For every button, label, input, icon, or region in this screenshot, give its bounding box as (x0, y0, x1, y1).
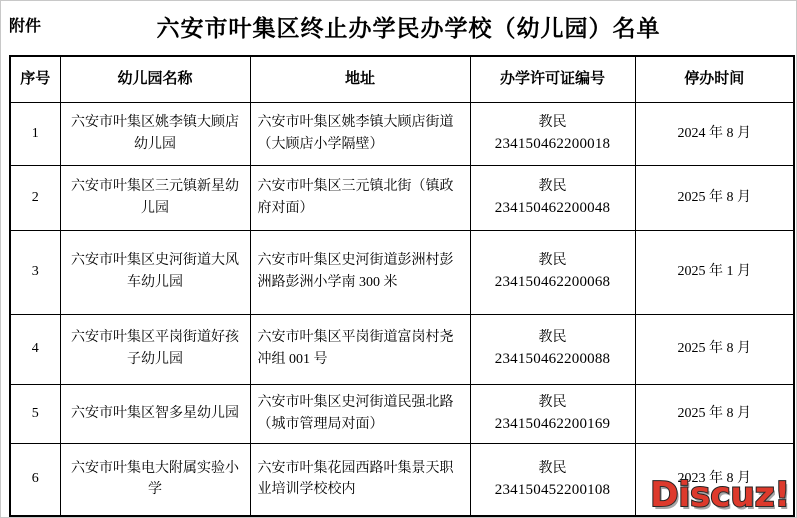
cell-address: 六安市叶集区史河街道彭洲村彭洲路彭洲小学南 300 米 (250, 230, 470, 314)
license-prefix: 教民 (477, 112, 629, 133)
cell-address: 六安市叶集区姚李镇大顾店街道（大顾店小学隔壁） (250, 102, 470, 165)
cell-closure: 2025 年 8 月 (635, 384, 794, 443)
cell-license: 教民234150452200108 (470, 443, 635, 516)
cell-index: 5 (10, 384, 60, 443)
cell-index: 1 (10, 102, 60, 165)
cell-license: 教民234150462200068 (470, 230, 635, 314)
license-number: 234150452200108 (477, 479, 629, 502)
cell-license: 教民234150462200018 (470, 102, 635, 165)
cell-address: 六安市叶集区史河街道民强北路（城市管理局对面） (250, 384, 470, 443)
license-prefix: 教民 (477, 176, 629, 197)
license-prefix: 教民 (477, 250, 629, 271)
table-row: 5六安市叶集区智多星幼儿园六安市叶集区史河街道民强北路（城市管理局对面）教民23… (10, 384, 794, 443)
column-header: 地址 (250, 56, 470, 102)
cell-closure: 2025 年 8 月 (635, 165, 794, 230)
cell-address: 六安市叶集区三元镇北街（镇政府对面） (250, 165, 470, 230)
cell-name: 六安市叶集区姚李镇大顾店幼儿园 (60, 102, 250, 165)
license-prefix: 教民 (477, 458, 629, 479)
page-title: 六安市叶集区终止办学民办学校（幼儿园）名单 (61, 10, 756, 43)
cell-closure: 2023 年 8 月 (635, 443, 794, 516)
cell-address: 六安市叶集区平岗街道富岗村尧冲组 001 号 (250, 314, 470, 384)
table-row: 2六安市叶集区三元镇新星幼儿园六安市叶集区三元镇北街（镇政府对面）教民23415… (10, 165, 794, 230)
license-number: 234150462200088 (477, 348, 629, 371)
column-header: 停办时间 (635, 56, 794, 102)
license-prefix: 教民 (477, 327, 629, 348)
table-row: 4六安市叶集区平岗街道好孩子幼儿园六安市叶集区平岗街道富岗村尧冲组 001 号教… (10, 314, 794, 384)
cell-index: 3 (10, 230, 60, 314)
column-header: 办学许可证编号 (470, 56, 635, 102)
cell-name: 六安市叶集区史河街道大风车幼儿园 (60, 230, 250, 314)
column-header: 序号 (10, 56, 60, 102)
cell-name: 六安市叶集区智多星幼儿园 (60, 384, 250, 443)
cell-name: 六安市叶集区三元镇新星幼儿园 (60, 165, 250, 230)
column-header: 幼儿园名称 (60, 56, 250, 102)
attachment-label: 附件 (9, 13, 41, 36)
cell-closure: 2025 年 8 月 (635, 314, 794, 384)
table-row: 3六安市叶集区史河街道大风车幼儿园六安市叶集区史河街道彭洲村彭洲路彭洲小学南 3… (10, 230, 794, 314)
cell-index: 4 (10, 314, 60, 384)
cell-index: 6 (10, 443, 60, 516)
cell-closure: 2024 年 8 月 (635, 102, 794, 165)
license-number: 234150462200018 (477, 133, 629, 156)
cell-index: 2 (10, 165, 60, 230)
cell-address: 六安市叶集花园西路叶集景天职业培训学校校内 (250, 443, 470, 516)
cell-closure: 2025 年 1 月 (635, 230, 794, 314)
license-number: 234150462200169 (477, 413, 629, 436)
document-page: 附件 六安市叶集区终止办学民办学校（幼儿园）名单 序号幼儿园名称地址办学许可证编… (0, 0, 797, 518)
cell-license: 教民234150462200169 (470, 384, 635, 443)
cell-license: 教民234150462200048 (470, 165, 635, 230)
license-number: 234150462200068 (477, 271, 629, 294)
cell-license: 教民234150462200088 (470, 314, 635, 384)
license-number: 234150462200048 (477, 197, 629, 220)
table-row: 6六安市叶集电大附属实验小学六安市叶集花园西路叶集景天职业培训学校校内教民234… (10, 443, 794, 516)
closed-schools-table: 序号幼儿园名称地址办学许可证编号停办时间 1六安市叶集区姚李镇大顾店幼儿园六安市… (9, 55, 795, 517)
table-header-row: 序号幼儿园名称地址办学许可证编号停办时间 (10, 56, 794, 102)
license-prefix: 教民 (477, 392, 629, 413)
cell-name: 六安市叶集电大附属实验小学 (60, 443, 250, 516)
cell-name: 六安市叶集区平岗街道好孩子幼儿园 (60, 314, 250, 384)
table-row: 1六安市叶集区姚李镇大顾店幼儿园六安市叶集区姚李镇大顾店街道（大顾店小学隔壁）教… (10, 102, 794, 165)
